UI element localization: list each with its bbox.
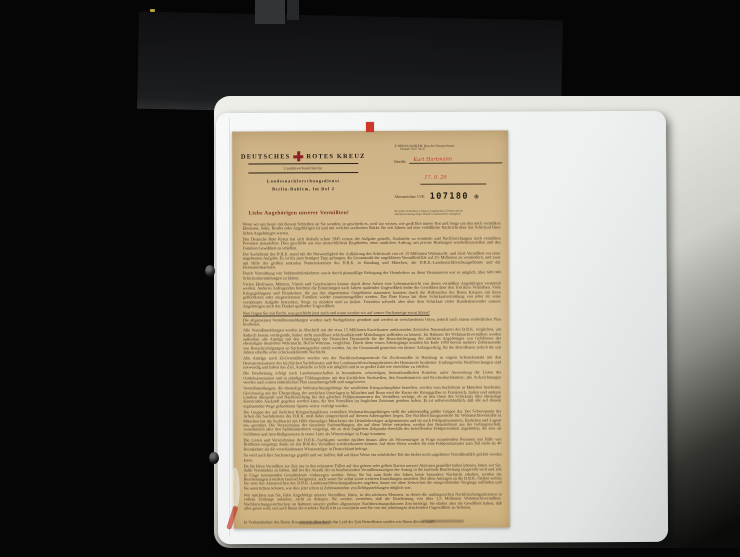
body-paragraph: Alle Anträge nach Zivilvermißten werden … — [243, 356, 501, 370]
letterhead-left: DEUTSCHES ROTES KREUZ Landesverband Berl… — [248, 151, 358, 191]
office-phone: Fernruf: 76 67 36-37 — [400, 148, 502, 152]
body-paragraph: Vermißtmeldungen, die ehemalige Wehrmach… — [243, 386, 501, 409]
body-paragraph: Die allgemeinen Vermißtenmeldungen wurde… — [243, 317, 501, 327]
subject-date-handwritten: 17. 9. 29 — [420, 175, 446, 181]
red-cross-icon — [293, 151, 303, 161]
binder-peg-bottom — [209, 452, 219, 464]
body-paragraph: Das Deutsche Rote Kreuz hat sich deshalb… — [243, 236, 501, 250]
file-number-row: Aktenzeichen: LVK 107180 ⊕ — [394, 192, 502, 202]
letterhead-rule-1 — [248, 163, 358, 164]
subject-label: Betrifft: — [394, 160, 406, 164]
letterhead-org: DEUTSCHES ROTES KREUZ — [248, 151, 358, 161]
body-paragraph: Die Bearbeitung erfolgt nach Landsmannsc… — [243, 371, 501, 385]
pencil-smudge — [300, 521, 330, 524]
body-paragraph: Durch Vermittlung von Soldatenheimkehrer… — [243, 271, 501, 281]
letterhead-rule-2 — [248, 172, 358, 173]
letterhead-suborg: Landesverband Berlin — [248, 166, 358, 170]
salutation: Liebe Angehörigen unserer Vermißten! — [248, 210, 349, 216]
file-note-line2: Aktenbezeichnung obiger Betreff u. Akten… — [394, 213, 502, 217]
photo-scene: DEUTSCHES ROTES KREUZ Landesverband Berl… — [0, 0, 740, 557]
paper-tear — [232, 468, 240, 508]
body-paragraph: So wird auch Ihre Suchanzeige geprüft un… — [244, 453, 502, 463]
binder-peg-top — [205, 265, 215, 277]
sleeve-edge-crease — [229, 118, 230, 536]
file-number-label: Aktenzeichen: LVK — [394, 195, 424, 199]
body-paragraph: Wir möchten nun Sie, liebe Angehörige un… — [244, 492, 502, 511]
org-name-left: DEUTSCHES — [241, 153, 291, 160]
letter-document: DEUTSCHES ROTES KREUZ Landesverband Berl… — [232, 130, 510, 528]
red-tab-sticker — [366, 122, 374, 132]
pencil-smudge — [422, 520, 464, 523]
file-note: Bei jedem Schreiben ist obiges (vorgedru… — [394, 210, 502, 217]
body-paragraph: Die Gruppe der auf östlichen Kriegsschau… — [243, 409, 501, 436]
org-name-right: ROTES KREUZ — [306, 153, 365, 160]
body-paragraph-underlined: Nun fragen Sie mit Recht, was geschieht … — [243, 311, 501, 316]
stamp-mark-icon: ⊕ — [474, 193, 479, 200]
body-paragraph: Alle Vermißtmeldungen werden in Abschrif… — [243, 328, 501, 355]
body-paragraph: Wenn wir uns heute mit diesem Schreiben … — [243, 221, 501, 235]
body-paragraph: Da Sie Ihren Vermißten zur Zeit nur in d… — [244, 463, 502, 490]
yellow-speck — [150, 9, 155, 12]
subject-value-handwritten: Kurt Hartmann — [409, 157, 452, 163]
letter-body: Wenn wir uns heute mit diesem Schreiben … — [243, 221, 502, 516]
dept-address: Berlin-Dahlem, Im Dol 2 — [248, 186, 358, 191]
background-object — [255, 0, 285, 24]
subject-date-underline: 17. 9. 29 — [420, 166, 486, 185]
subject-underline: Kurt Hartmann — [409, 157, 502, 163]
background-object-small — [287, 0, 299, 20]
body-paragraph: Der Suchdienst des D.R.K. stand mit der … — [243, 251, 501, 270]
subject-row: Betrifft: Kurt Hartmann — [394, 157, 502, 163]
body-paragraph: Die Listen und Verzeichnisse der D.R.K.-… — [243, 438, 501, 452]
body-paragraph: Vielen Ehefrauen, Müttern, Vätern und Ge… — [243, 282, 501, 309]
dept-name: Landesnachforschungsdienst — [248, 178, 358, 183]
file-number-stamp: 107180 — [430, 192, 469, 202]
letterhead-right: ① BERLIN-DAHLEM, Haus des Fernsprechamts… — [394, 144, 502, 216]
